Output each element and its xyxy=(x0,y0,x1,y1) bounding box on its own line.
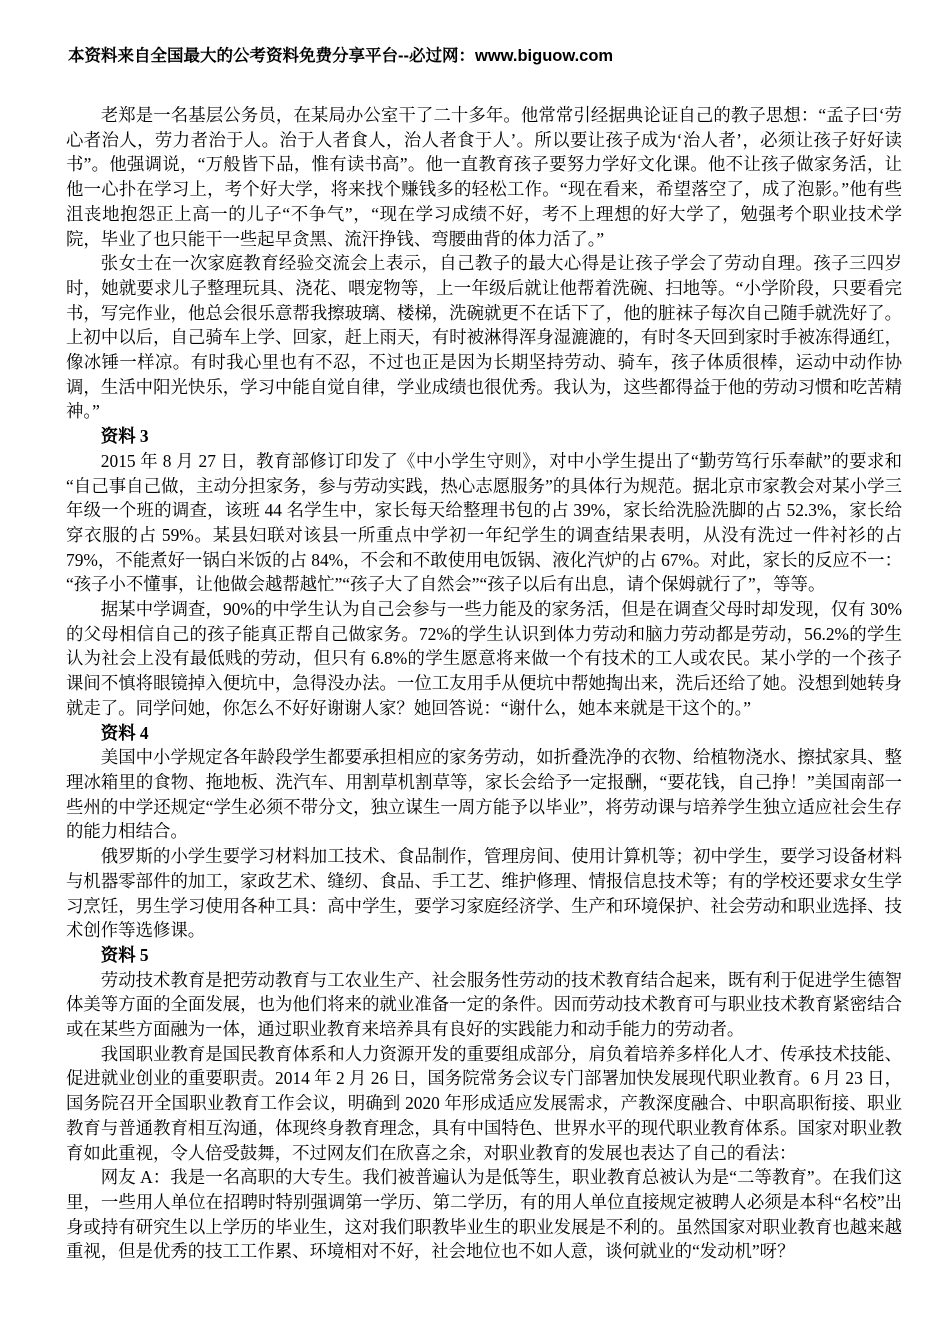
paragraph-vocational-education: 我国职业教育是国民教育体系和人力资源开发的重要组成部分，肩负着培养多样化人才、传… xyxy=(66,1042,902,1166)
paragraph-netizen-a: 网友 A：我是一名高职的大专生。我们被普遍认为是低等生，职业教育总被认为是“二等… xyxy=(66,1165,902,1264)
paragraph-russia-schools: 俄罗斯的小学生要学习材料加工技术、食品制作，管理房间、使用计算机等；初中学生，要… xyxy=(66,844,902,943)
heading-ziliao-4: 资料 4 xyxy=(66,721,902,746)
paragraph-middle-school-survey: 据某中学调查，90%的中学生认为自己会参与一些力能及的家务活，但是在调查父母时却… xyxy=(66,597,902,721)
paragraph-us-schools: 美国中小学规定各年龄段学生都要承担相应的家务劳动，如折叠洗净的衣物、给植物浇水、… xyxy=(66,745,902,844)
heading-ziliao-5: 资料 5 xyxy=(66,943,902,968)
paragraph-zhangnvshi: 张女士在一次家庭教育经验交流会上表示，自己教子的最大心得是让孩子学会了劳动自理。… xyxy=(66,251,902,424)
heading-ziliao-3: 资料 3 xyxy=(66,424,902,449)
paragraph-shouze-survey: 2015 年 8 月 27 日，教育部修订印发了《中小学生守则》，对中小学生提出… xyxy=(66,449,902,597)
document-page: 本资料来自全国最大的公考资料免费分享平台--必过网：www.biguow.com… xyxy=(0,0,950,1344)
site-banner: 本资料来自全国最大的公考资料免费分享平台--必过网：www.biguow.com xyxy=(68,45,902,67)
paragraph-laozheng: 老郑是一名基层公务员，在某局办公室干了二十多年。他常常引经据典论证自己的教子思想… xyxy=(66,103,902,251)
paragraph-labor-tech-education: 劳动技术教育是把劳动教育与工农业生产、社会服务性劳动的技术教育结合起来，既有利于… xyxy=(66,968,902,1042)
document-body: 老郑是一名基层公务员，在某局办公室干了二十多年。他常常引经据典论证自己的教子思想… xyxy=(66,103,902,1264)
